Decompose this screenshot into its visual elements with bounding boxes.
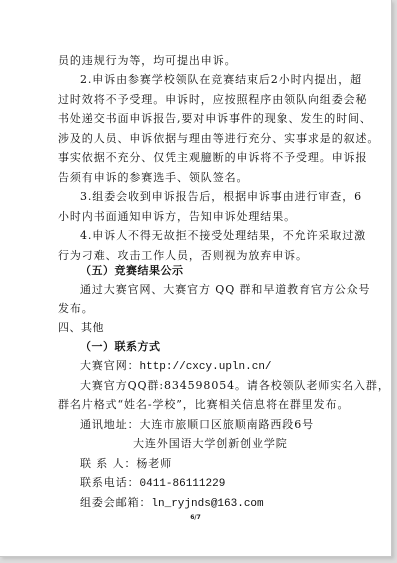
text-line: 小时内书面通知申诉方，告知申诉处理结果。 (58, 210, 296, 224)
website-row: 大赛官网：http://cxcy.upln.cn/ (80, 359, 272, 374)
text-line: 告须有申诉的参赛选手、领队签名。 (58, 171, 248, 185)
website-link[interactable]: http://cxcy.upln.cn/ (140, 361, 272, 373)
contact-person-row: 联 系 人：杨老师 (80, 457, 172, 471)
address-row: 通讯地址：大连市旅顺口区旅顺南路西段6号 (80, 418, 314, 432)
text-line: 2.申诉由参赛学校领队在竞赛结束后2小时内提出，超 (80, 73, 362, 87)
part-heading-other: 四、其他 (58, 321, 104, 335)
qq-line: 大赛官方QQ群:834598054。请各校领队老师实名入群， (80, 379, 390, 393)
text-line: 涉及的人员、申诉依据与理由等进行充分、实事求是的叙述。 (58, 132, 379, 146)
page-number: 6/7 (0, 514, 391, 521)
phone-row: 联系电话：0411-86111229 (80, 476, 225, 491)
text-line: 过时效将不予受理。申诉时，应按照程序由领队向组委会秘 (58, 93, 367, 107)
address-value: 大连市旅顺口区旅顺南路西段6号 (140, 418, 315, 431)
section-heading-contact: （一）联系方式 (80, 340, 161, 354)
email-row: 组委会邮箱：ln_ryjnds@163.com (80, 496, 264, 511)
address-value-line2: 大连外国语大学创新创业学院 (133, 437, 288, 451)
text-line: 3.组委会收到申诉报告后，根据申诉事由进行审查，6 (80, 190, 362, 204)
phone-label: 联系电话： (80, 476, 140, 489)
contact-person-label: 联 系 人： (80, 457, 136, 470)
qq-line: 群名片格式“姓名-学校”，比赛相关信息将在群里发布。 (58, 398, 349, 412)
email-link[interactable]: ln_ryjnds@163.com (151, 498, 263, 510)
email-label: 组委会邮箱： (80, 496, 151, 509)
text-line: 事实依据不充分、仅凭主观臆断的申诉将不予受理。申诉报 (58, 151, 367, 165)
document-page: 员的违规行为等，均可提出申诉。 2.申诉由参赛学校领队在竞赛结束后2小时内提出，… (0, 0, 392, 557)
text-line: 4.申诉人不得无故拒不接受处理结果，不允许采取过激 (80, 229, 366, 243)
address-label: 通讯地址： (80, 418, 140, 431)
section-heading-results: （五）竞赛结果公示 (80, 264, 184, 278)
text-line: 行为刁难、攻击工作人员，否则视为放弃申诉。 (58, 249, 308, 263)
contact-person-value: 杨老师 (136, 457, 172, 470)
text-line: 通过大赛官网、大赛官方 QQ 群和早道教育官方公众号 (80, 283, 370, 297)
text-line: 发布。 (58, 302, 94, 316)
phone-value: 0411-86111229 (140, 478, 226, 490)
text-line: 书处递交书面申诉报告,要对申诉事件的现象、发生的时间、 (58, 112, 372, 126)
website-label: 大赛官网： (80, 359, 140, 372)
text-line: 员的违规行为等，均可提出申诉。 (58, 54, 237, 68)
